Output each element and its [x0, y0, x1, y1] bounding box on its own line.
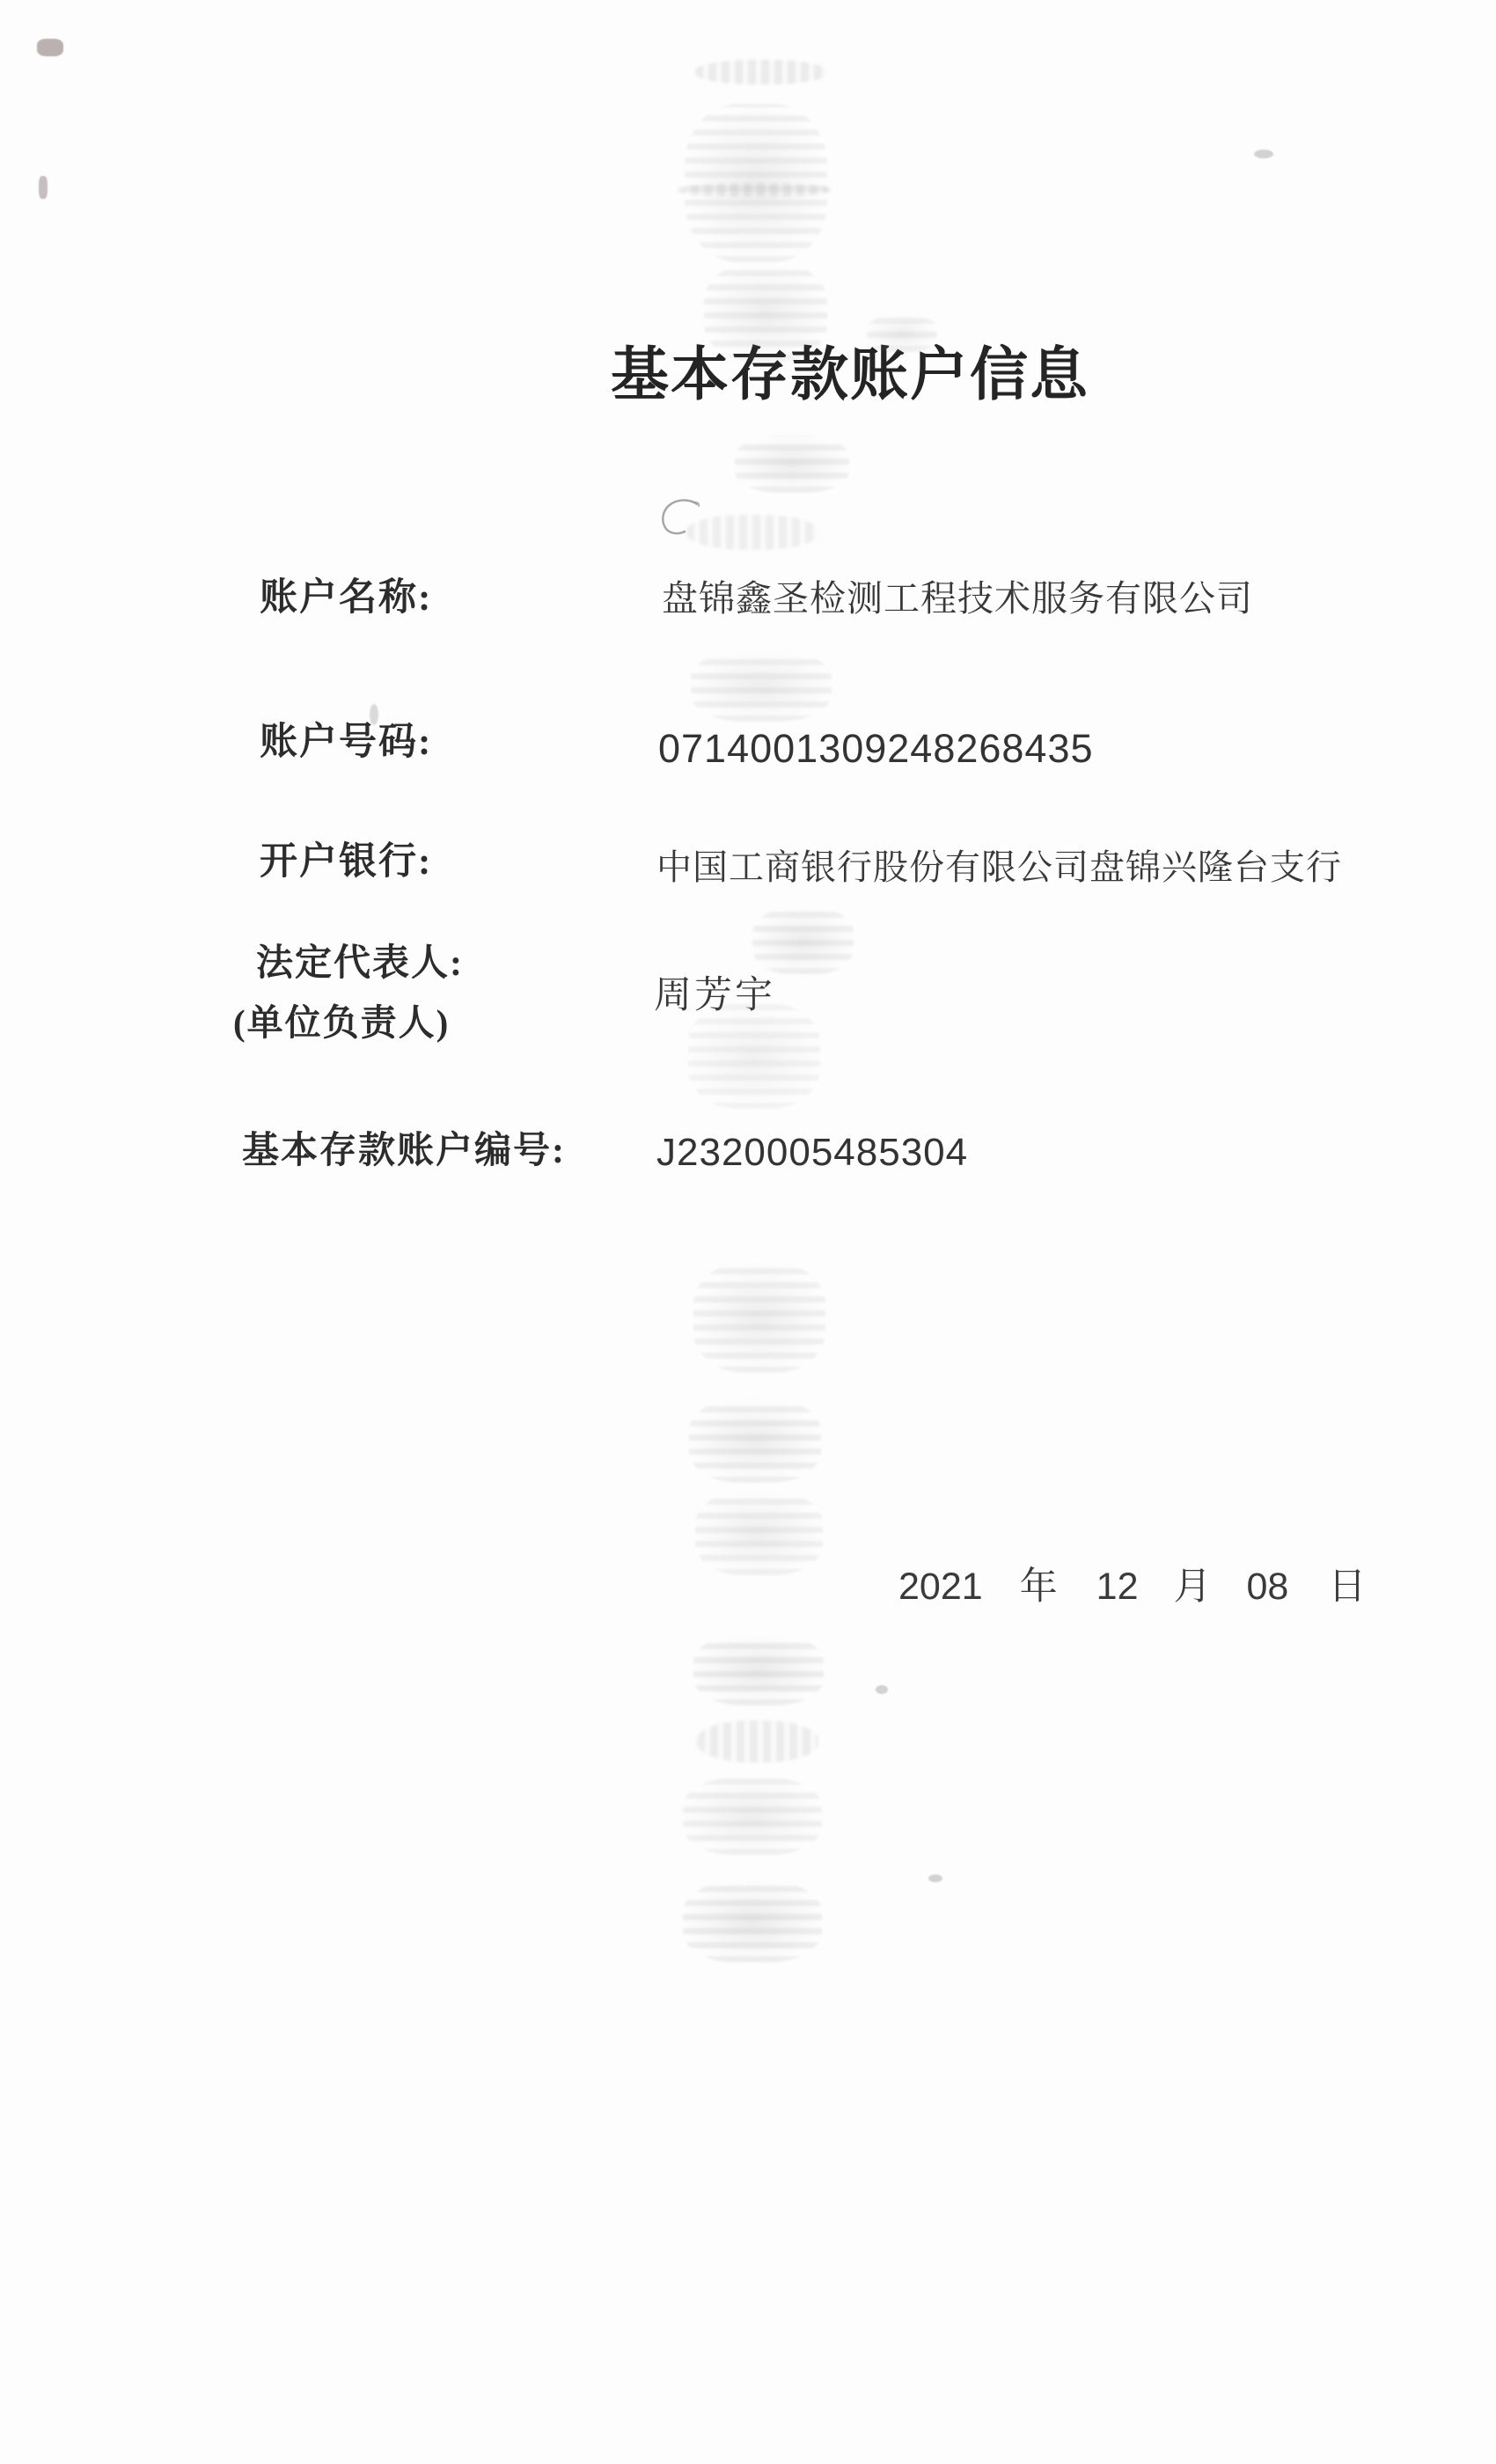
field-value-account-number: 0714001309248268435: [658, 729, 1094, 768]
scan-artifact: [683, 1881, 822, 1962]
scan-artifact: [695, 1492, 823, 1575]
field-label-account-number: 账户号码:: [260, 723, 432, 761]
field-value-opening-bank: 中国工商银行股份有限公司盘锦兴隆台支行: [656, 850, 1342, 885]
pen-squiggle-artifact: [658, 495, 706, 543]
scan-artifact: [752, 908, 854, 974]
date-month: 12: [1096, 1568, 1139, 1606]
date-day: 08: [1247, 1568, 1289, 1606]
scan-artifact: [876, 1685, 888, 1694]
scan-artifact: [683, 1778, 822, 1855]
field-label-unit-responsible-person: (单位负责人): [233, 1005, 450, 1041]
scan-artifact: [1254, 150, 1273, 158]
date-day-unit: 日: [1328, 1568, 1366, 1606]
scan-artifact: [688, 1003, 820, 1109]
date-month-unit: 月: [1174, 1568, 1212, 1606]
scan-artifact: [695, 60, 827, 84]
field-label-account-name: 账户名称:: [260, 579, 432, 617]
scan-artifact: [693, 1263, 825, 1373]
scan-artifact: [735, 436, 849, 493]
scan-artifact: [678, 183, 832, 197]
page-title: 基本存款账户信息: [611, 347, 1089, 405]
scan-artifact: [689, 1399, 821, 1483]
field-value-basic-account-id: J2320005485304: [656, 1133, 968, 1172]
date-year-unit: 年: [1020, 1568, 1058, 1606]
field-label-opening-bank: 开户银行:: [260, 843, 432, 881]
scan-artifact: [685, 104, 827, 262]
scan-artifact: [928, 1874, 942, 1882]
scan-artifact: [39, 176, 48, 199]
date-year: 2021: [898, 1568, 983, 1606]
scan-artifact: [686, 515, 818, 550]
scanned-document-page: 基本存款账户信息 账户名称: 盘锦鑫圣检测工程技术服务有限公司 账户号码: 07…: [0, 0, 1496, 2464]
field-value-account-name: 盘锦鑫圣检测工程技术服务有限公司: [662, 581, 1253, 617]
field-value-legal-representative: 周芳宇: [654, 977, 775, 1015]
scan-artifact: [697, 1720, 818, 1763]
scan-artifact: [37, 39, 63, 56]
field-label-basic-account-id: 基本存款账户编号:: [242, 1133, 566, 1170]
scan-artifact: [693, 1635, 824, 1705]
field-label-legal-representative: 法定代表人:: [256, 945, 464, 982]
issue-date: 2021 年 12 月 08 日: [898, 1568, 1366, 1606]
scan-artifact: [691, 651, 832, 722]
